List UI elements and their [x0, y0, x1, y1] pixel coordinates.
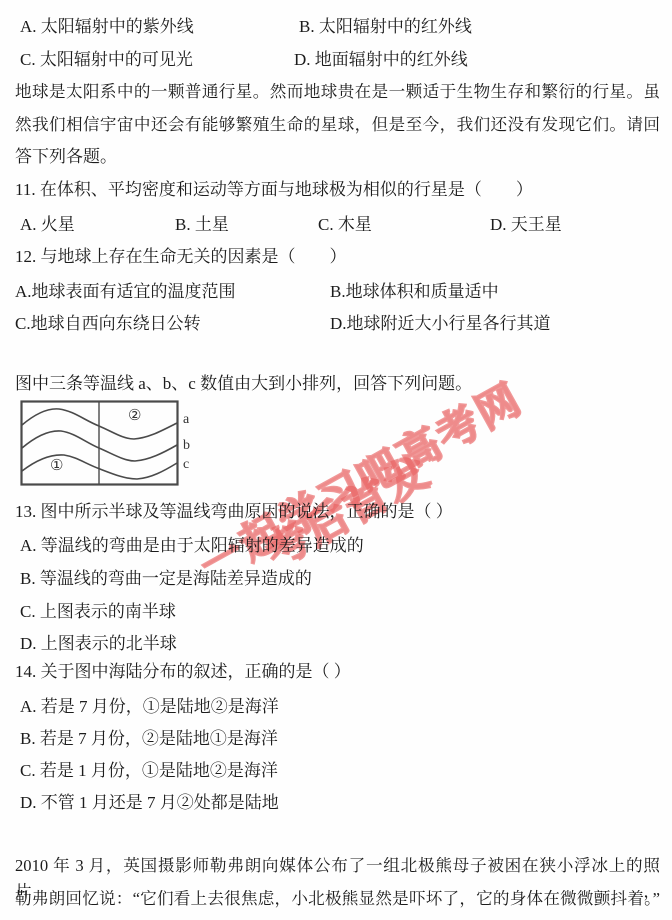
q12-stem: 12. 与地球上存在生命无关的因素是（ ）	[15, 244, 347, 270]
exam-page: 一起学习吧高考网 考后首发 A. 太阳辐射中的紫外线 B. 太阳辐射中的红外线 …	[0, 0, 672, 920]
q13-stem: 13. 图中所示半球及等温线弯曲原因的说法，正确的是（ ）	[15, 499, 453, 525]
isotherm-diagram	[20, 400, 180, 487]
q14-option-d: D. 不管 1 月还是 7 月②处都是陆地	[20, 790, 279, 816]
polar-paragraph-line-2: 勒弗朗回忆说：“它们看上去很焦虑，小北极熊显然是吓坏了，它的身体在微微颤抖着。”	[15, 886, 660, 912]
q12-option-d: D.地球附近大小行星各行其道	[330, 311, 551, 337]
figure-region-1-label: ①	[50, 458, 63, 474]
q11-option-a: A. 火星	[20, 212, 75, 238]
q14-option-b: B. 若是 7 月份，②是陆地①是海洋	[20, 726, 278, 752]
q13-option-c: C. 上图表示的南半球	[20, 599, 176, 625]
figure-curve-a-label: a	[183, 412, 189, 428]
q12-option-a: A.地球表面有适宜的温度范围	[15, 279, 236, 305]
intro-line-3: 答下列各题。	[15, 144, 117, 170]
radiation-option-c: C. 太阳辐射中的可见光	[20, 47, 193, 73]
radiation-option-d: D. 地面辐射中的红外线	[294, 47, 468, 73]
q11-option-b: B. 土星	[175, 212, 229, 238]
q12-option-b: B.地球体积和质量适中	[330, 279, 499, 305]
figure-curve-b-label: b	[183, 438, 190, 454]
radiation-option-a: A. 太阳辐射中的紫外线	[20, 14, 194, 40]
q13-option-d: D. 上图表示的北半球	[20, 631, 177, 657]
q14-option-c: C. 若是 1 月份，①是陆地②是海洋	[20, 758, 278, 784]
q14-option-a: A. 若是 7 月份，①是陆地②是海洋	[20, 694, 279, 720]
q13-option-a: A. 等温线的弯曲是由于太阳辐射的差异造成的	[20, 533, 364, 559]
intro-line-1: 地球是太阳系中的一颗普通行星。然而地球贵在是一颗适于生物生存和繁衍的行星。虽	[15, 79, 660, 105]
figure-region-2-label: ②	[128, 408, 141, 424]
q12-option-c: C.地球自西向东绕日公转	[15, 311, 201, 337]
q11-option-c: C. 木星	[318, 212, 372, 238]
q11-option-d: D. 天王星	[490, 212, 562, 238]
radiation-option-b: B. 太阳辐射中的红外线	[299, 14, 472, 40]
isotherm-figure: ① ② a b c	[20, 400, 215, 490]
q14-stem: 14. 关于图中海陆分布的叙述，正确的是（ ）	[15, 659, 351, 685]
intro-line-2: 然我们相信宇宙中还会有能够繁殖生命的星球，但是至今，我们还没有发现它们。请回	[15, 112, 660, 138]
isotherm-intro: 图中三条等温线 a、b、c 数值由大到小排列，回答下列问题。	[15, 371, 472, 397]
q13-option-b: B. 等温线的弯曲一定是海陆差异造成的	[20, 566, 312, 592]
q11-stem: 11. 在体积、平均密度和运动等方面与地球极为相似的行星是（ ）	[15, 177, 533, 203]
figure-curve-c-label: c	[183, 457, 189, 473]
